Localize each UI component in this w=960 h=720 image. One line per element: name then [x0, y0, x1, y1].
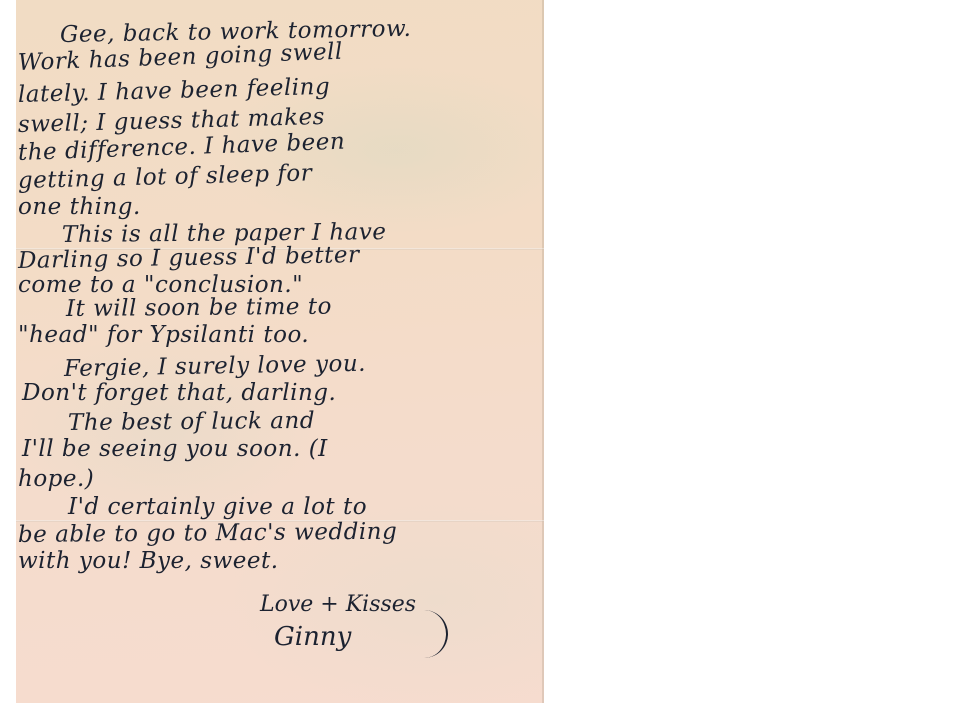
letter-line: with you! Bye, sweet.: [18, 548, 279, 574]
letter-line: lately. I have been feeling: [18, 74, 331, 108]
letter-line: I'll be seeing you soon. (I: [22, 436, 328, 462]
letter-line: It will soon be time to: [66, 294, 332, 322]
letter-line: Fergie, I surely love you.: [64, 351, 366, 382]
letter-line: "head" for Ypsilanti too.: [18, 322, 309, 348]
signature-flourish: [424, 610, 448, 658]
signature: Ginny: [274, 622, 351, 652]
letter-line: one thing.: [18, 194, 141, 220]
letter-line: The best of luck and: [68, 408, 315, 436]
letter-line: be able to go to Mac's wedding: [18, 519, 397, 548]
letter-line: Don't forget that, darling.: [22, 380, 336, 406]
canvas: Gee, back to work tomorrow. Work has bee…: [0, 0, 960, 720]
letter-line: I'd certainly give a lot to: [68, 494, 367, 520]
letter-line: Darling so I guess I'd better: [18, 242, 360, 274]
letter-line: hope.): [18, 466, 94, 492]
closing-text: Love + Kisses: [260, 592, 416, 617]
letter-page: Gee, back to work tomorrow. Work has bee…: [16, 0, 544, 703]
letter-line: getting a lot of sleep for: [18, 160, 313, 194]
